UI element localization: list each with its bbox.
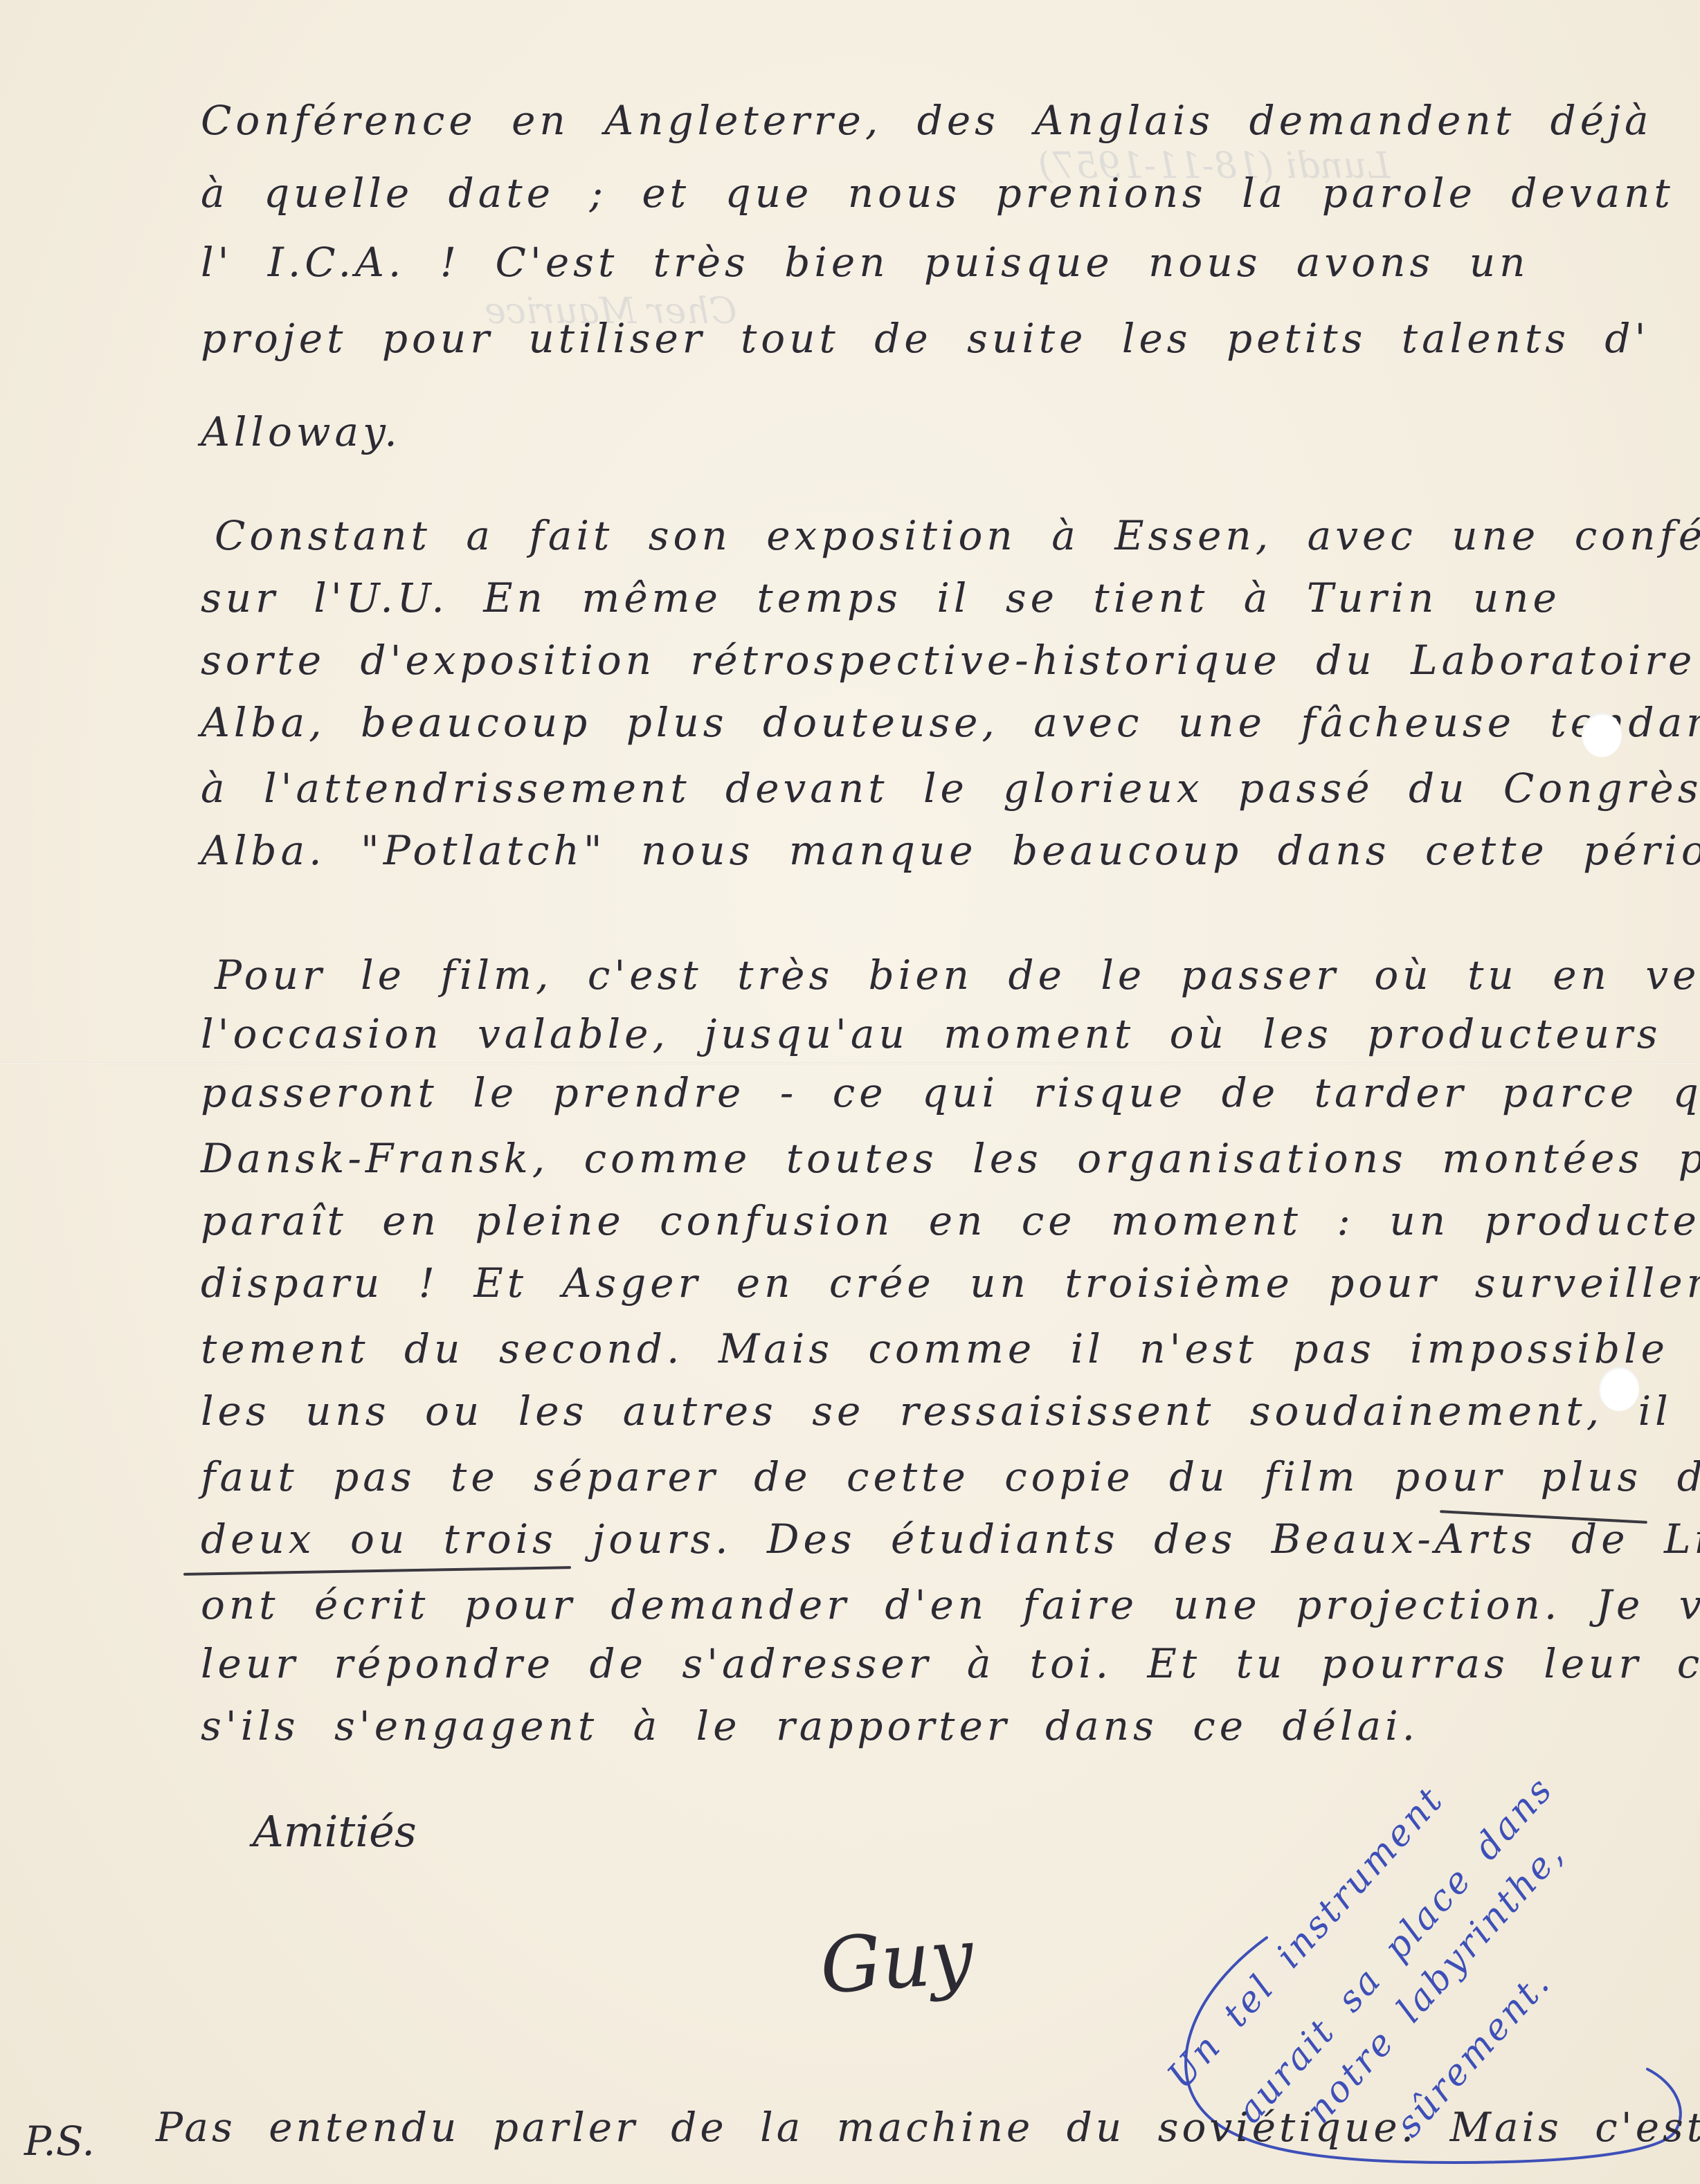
letter-line: ont écrit pour demander d'en faire une p…: [201, 1581, 1700, 1628]
letter-line: Alba, beaucoup plus douteuse, avec une f…: [201, 699, 1700, 746]
letter-line: s'ils s'engagent à le rapporter dans ce …: [201, 1702, 1419, 1749]
letter-line: l' I.C.A. ! C'est très bien puisque nous…: [201, 239, 1529, 286]
punch-hole: [1582, 713, 1622, 757]
letter-line: Alba. "Potlatch" nous manque beaucoup da…: [201, 827, 1700, 874]
letter-line: disparu ! Et Asger en crée un troisième …: [201, 1259, 1700, 1307]
letter-line: Alloway.: [201, 408, 401, 455]
letter-line: à quelle date ; et que nous prenions la …: [201, 170, 1674, 217]
letter-line: tement du second. Mais comme il n'est pa…: [201, 1325, 1700, 1372]
letter-line: sur l'U.U. En même temps il se tient à T…: [201, 574, 1561, 621]
punch-hole: [1599, 1367, 1639, 1411]
letter-line: leur répondre de s'adresser à toi. Et tu…: [201, 1640, 1700, 1687]
letter-line: deux ou trois jours. Des étudiants des B…: [201, 1516, 1700, 1563]
postscript-label: P.S.: [24, 2118, 95, 2165]
letter-line: paraît en pleine confusion en ce moment …: [201, 1197, 1700, 1244]
paper-fold-crease: [0, 1062, 1700, 1064]
signature: Guy: [817, 1911, 976, 2010]
letter-line: Constant a fait son exposition à Essen, …: [215, 512, 1700, 559]
letter-line: les uns ou les autres se ressaisissent s…: [201, 1387, 1700, 1435]
letter-line: Dansk-Fransk, comme toutes les organisat…: [201, 1135, 1700, 1182]
letter-line: projet pour utiliser tout de suite les p…: [201, 315, 1650, 362]
letter-line: passeront le prendre - ce qui risque de …: [201, 1069, 1700, 1116]
letter-line: Pour le film, c'est très bien de le pass…: [215, 952, 1700, 999]
margin-note: Un tel instrument aurait sa place dans n…: [1170, 1827, 1668, 2131]
closing-salutation: Amitiés: [253, 1806, 417, 1857]
postscript-text: Pas entendu parler de la machine du sovi…: [156, 2104, 1700, 2151]
letter-line: Conférence en Angleterre, des Anglais de…: [201, 97, 1653, 144]
letter-line: faut pas te séparer de cette copie du fi…: [201, 1453, 1700, 1500]
letter-line: à l'attendrissement devant le glorieux p…: [201, 765, 1700, 812]
letter-line: sorte d'exposition rétrospective-histori…: [201, 637, 1700, 684]
letter-line: l'occasion valable, jusqu'au moment où l…: [201, 1010, 1662, 1057]
